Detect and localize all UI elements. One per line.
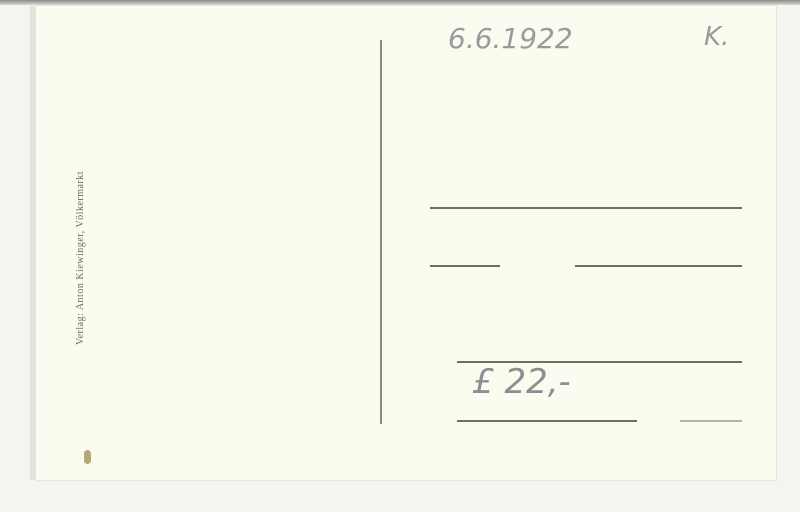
address-line-4: [457, 420, 637, 422]
scan-edge: [0, 0, 800, 5]
handwritten-date: 6.6.1922: [448, 22, 573, 55]
publisher-imprint: Verlag: Anton Kiewinger, Völkermarkt: [75, 171, 86, 345]
handwritten-price: £ 22,-: [472, 362, 571, 402]
address-line-2a: [430, 265, 500, 267]
address-line-1: [430, 207, 742, 209]
address-line-4b: [680, 420, 742, 422]
stain-spot: [84, 450, 91, 464]
postcard-back: [36, 6, 776, 480]
address-line-2b: [575, 265, 742, 267]
handwritten-initial: K.: [704, 22, 729, 52]
center-divider-line: [380, 40, 382, 424]
